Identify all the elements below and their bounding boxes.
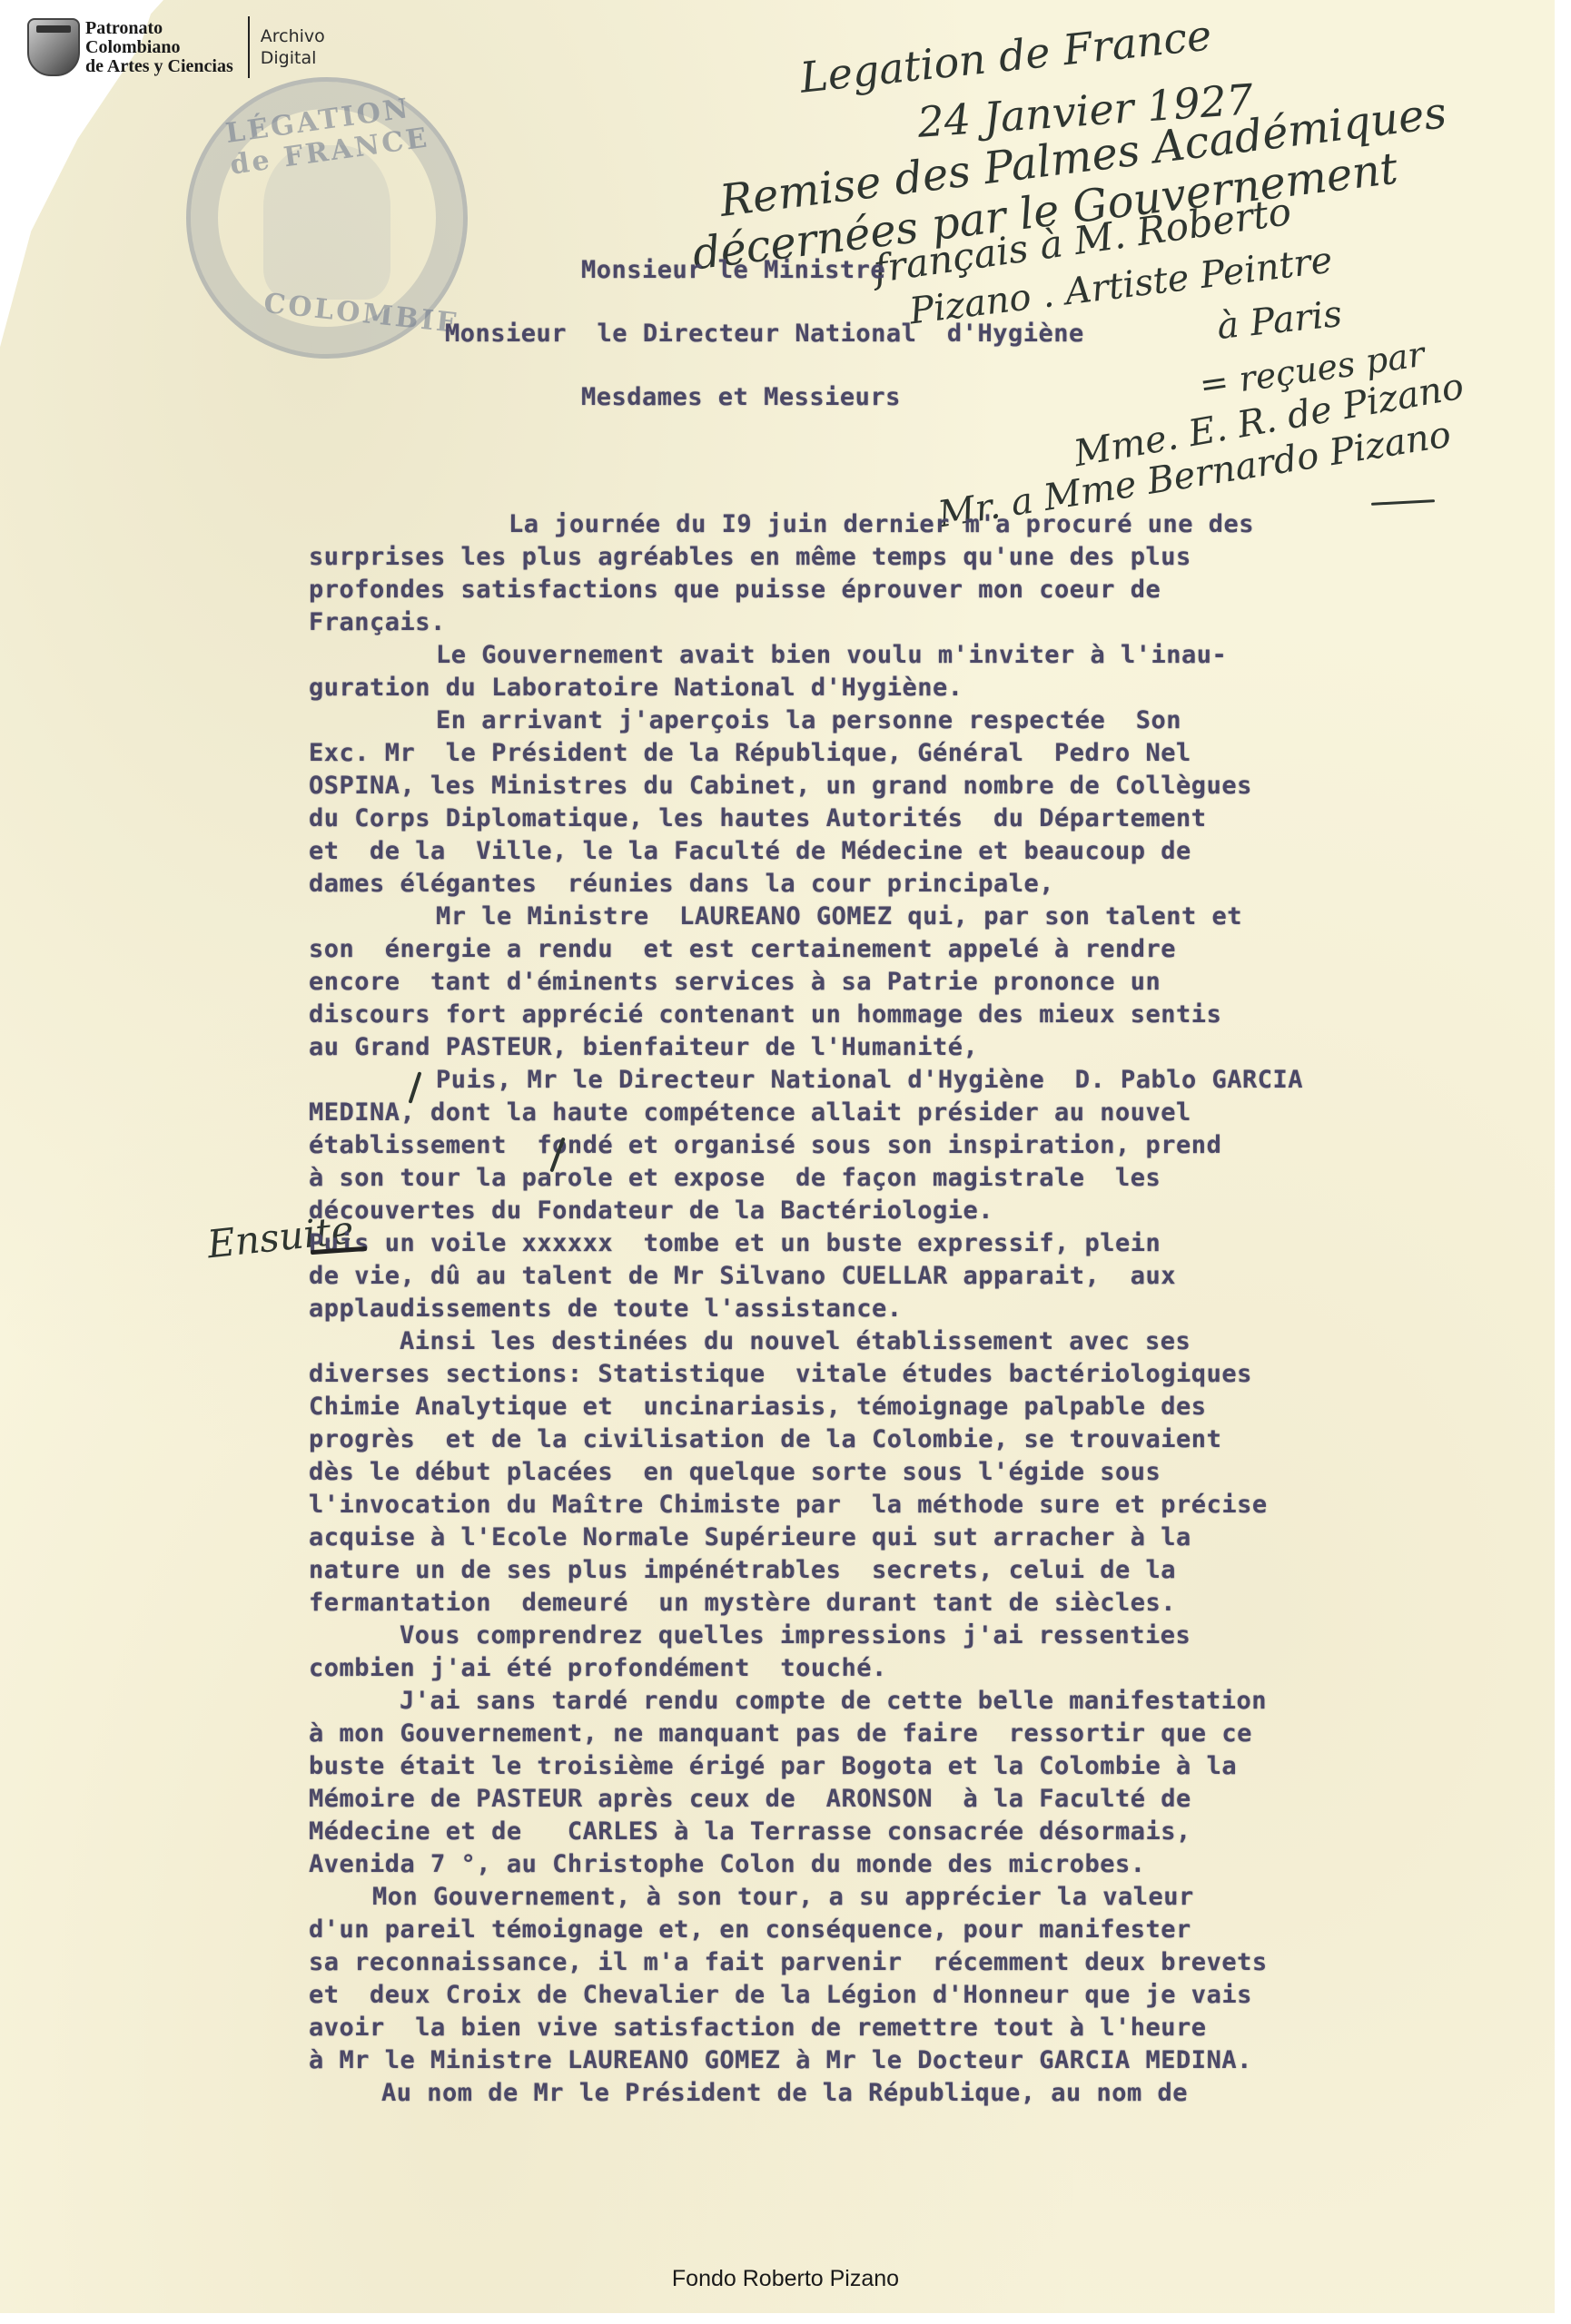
- body-line: d'un pareil témoignage et, en conséquenc…: [309, 1915, 1191, 1944]
- body-line: à mon Gouvernement, ne manquant pas de f…: [309, 1719, 1252, 1748]
- body-line: dames élégantes réunies dans la cour pri…: [309, 870, 1054, 898]
- body-line: Le Gouvernement avait bien voulu m'invit…: [436, 641, 1227, 669]
- body-line: à son tour la parole et expose de façon …: [309, 1164, 1161, 1192]
- archive-label-line-2: Digital: [261, 47, 325, 69]
- body-line: surprises les plus agréables en même tem…: [309, 543, 1191, 571]
- body-line: découvertes du Fondateur de la Bactériol…: [309, 1196, 993, 1225]
- archive-logo: Patronato Colombiano de Artes y Ciencias…: [27, 16, 325, 78]
- logo-divider: [248, 16, 250, 78]
- org-name-line-1: Patronato: [85, 19, 233, 38]
- body-line: établissement fondé et organisé sous son…: [309, 1131, 1221, 1159]
- legation-stamp: LÉGATION de FRANCE COLOMBIE: [186, 77, 468, 359]
- body-line: Français.: [309, 608, 446, 636]
- body-line: combien j'ai été profondément touché.: [309, 1654, 887, 1682]
- body-line: En arrivant j'aperçois la personne respe…: [436, 706, 1181, 734]
- salutation-audience: Mesdames et Messieurs: [581, 383, 901, 411]
- body-line: Avenida 7 °, au Christophe Colon du mond…: [309, 1850, 1146, 1878]
- body-line: au Grand PASTEUR, bienfaiteur de l'Human…: [309, 1033, 978, 1061]
- body-line: encore tant d'éminents services à sa Pat…: [309, 968, 1161, 996]
- body-line: Mon Gouvernement, à son tour, a su appré…: [372, 1883, 1194, 1911]
- body-line: MEDINA, dont la haute compétence allait …: [309, 1098, 1191, 1127]
- body-line: Vous comprendrez quelles impressions j'a…: [400, 1621, 1191, 1649]
- body-line: à Mr le Ministre LAUREANO GOMEZ à Mr le …: [309, 2046, 1252, 2074]
- body-line: Puis, Mr le Directeur National d'Hygiène…: [436, 1066, 1303, 1094]
- body-line: diverses sections: Statistique vitale ét…: [309, 1360, 1252, 1388]
- body-line: de vie, dû au talent de Mr Silvano CUELL…: [309, 1262, 1176, 1290]
- body-line: avoir la bien vive satisfaction de remet…: [309, 2014, 1207, 2042]
- body-line: discours fort apprécié contenant un homm…: [309, 1000, 1221, 1029]
- crest-icon: [27, 18, 80, 76]
- body-line: guration du Laboratoire National d'Hygiè…: [309, 674, 963, 702]
- body-line: profondes satisfactions que puisse éprou…: [309, 576, 1161, 604]
- body-line: Médecine et de CARLES à la Terrasse cons…: [309, 1817, 1191, 1846]
- body-line: fermantation demeuré un mystère durant t…: [309, 1589, 1176, 1617]
- archive-label-line-1: Archivo: [261, 25, 325, 47]
- salutation-director: Monsieur le Directeur National d'Hygiène: [445, 320, 1084, 348]
- body-line: progrès et de la civilisation de la Colo…: [309, 1425, 1221, 1453]
- archive-label: Archivo Digital: [261, 25, 325, 69]
- body-line: sa reconnaissance, il m'a fait parvenir …: [309, 1948, 1268, 1976]
- body-line: l'invocation du Maître Chimiste par la m…: [309, 1491, 1268, 1519]
- salutation-minister: Monsieur le Ministre: [581, 256, 885, 284]
- body-line: OSPINA, les Ministres du Cabinet, un gra…: [309, 772, 1252, 800]
- org-name-line-2: Colombiano: [85, 38, 233, 57]
- body-line: Au nom de Mr le Président de la Républiq…: [381, 2079, 1188, 2107]
- body-line: nature un de ses plus impénétrables secr…: [309, 1556, 1176, 1584]
- body-line: Ainsi les destinées du nouvel établissem…: [400, 1327, 1191, 1355]
- body-line: et de la Ville, le la Faculté de Médecin…: [309, 837, 1191, 865]
- body-line: et deux Croix de Chevalier de la Légion …: [309, 1981, 1252, 2009]
- body-line: acquise à l'Ecole Normale Supérieure qui…: [309, 1523, 1191, 1551]
- body-line: J'ai sans tardé rendu compte de cette be…: [400, 1687, 1267, 1715]
- body-line: Puis un voile xxxxxx tombe et un buste e…: [309, 1229, 1161, 1257]
- collection-caption: Fondo Roberto Pizano: [0, 2266, 1571, 2292]
- body-line: Exc. Mr le Président de la République, G…: [309, 739, 1191, 767]
- body-line: son énergie a rendu et est certainement …: [309, 935, 1176, 963]
- org-name-line-3: de Artes y Ciencias: [85, 57, 233, 76]
- body-line: du Corps Diplomatique, les hautes Autori…: [309, 804, 1207, 832]
- org-name: Patronato Colombiano de Artes y Ciencias: [85, 19, 233, 76]
- body-line: Mémoire de PASTEUR après ceux de ARONSON…: [309, 1785, 1191, 1813]
- body-line: buste était le troisième érigé par Bogot…: [309, 1752, 1237, 1780]
- body-line: Mr le Ministre LAUREANO GOMEZ qui, par s…: [436, 902, 1242, 931]
- body-line: La journée du I9 juin dernier m'a procur…: [509, 510, 1254, 538]
- body-line: Chimie Analytique et uncinariasis, témoi…: [309, 1393, 1207, 1421]
- body-line: applaudissements de toute l'assistance.: [309, 1295, 902, 1323]
- body-line: dès le début placées en quelque sorte so…: [309, 1458, 1161, 1486]
